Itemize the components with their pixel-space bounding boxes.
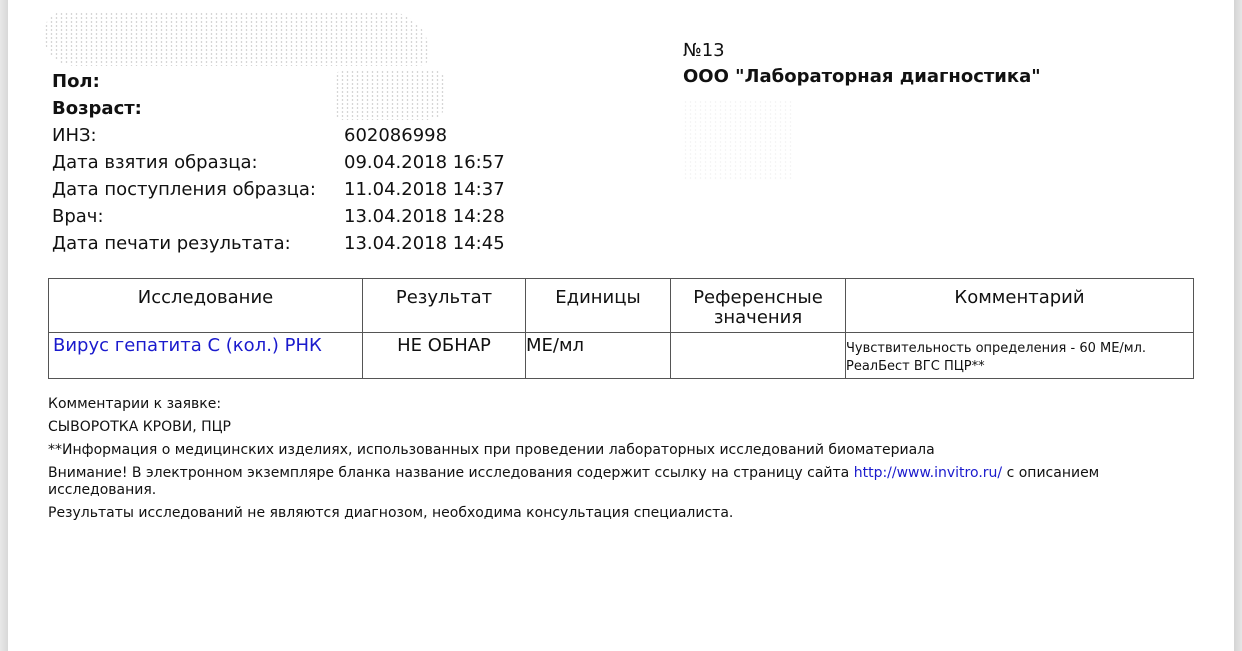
doctor-value: 13.04.2018 14:28	[344, 203, 505, 230]
result-cell: НЕ ОБНАР	[363, 333, 526, 379]
header-result: Результат	[363, 279, 526, 333]
comment-cell: Чувствительность определения - 60 МЕ/мл.…	[846, 333, 1194, 379]
table-row: Вирус гепатита С (кол.) РНК НЕ ОБНАР МЕ/…	[49, 333, 1194, 379]
inz-label: ИНЗ:	[52, 122, 344, 149]
inz-value: 602086998	[344, 122, 447, 149]
order-comments: СЫВОРОТКА КРОВИ, ПЦР	[48, 419, 1198, 436]
info-row-sample-date: Дата взятия образца: 09.04.2018 16:57	[52, 149, 505, 176]
age-label: Возраст:	[52, 95, 344, 122]
print-date-label: Дата печати результата:	[52, 230, 344, 257]
sex-label: Пол:	[52, 68, 344, 95]
patient-info: Пол: Возраст: ИНЗ: 602086998 Дата взятия…	[52, 68, 505, 257]
sample-date-label: Дата взятия образца:	[52, 149, 344, 176]
info-row-doctor: Врач: 13.04.2018 14:28	[52, 203, 505, 230]
attention-text: Внимание! В электронном экземпляре бланк…	[48, 465, 854, 481]
info-row-inz: ИНЗ: 602086998	[52, 122, 505, 149]
sample-date-value: 09.04.2018 16:57	[344, 149, 505, 176]
redacted-patient-name	[44, 12, 429, 66]
organization-name: ООО "Лабораторная диагностика"	[683, 64, 1041, 90]
info-row-age: Возраст:	[52, 95, 505, 122]
results-table: Исследование Результат Единицы Референсн…	[48, 278, 1194, 379]
header-reference: Референсные значения	[671, 279, 846, 333]
received-date-label: Дата поступления образца:	[52, 176, 344, 203]
header-comment: Комментарий	[846, 279, 1194, 333]
comment-line-1: Чувствительность определения - 60 МЕ/мл.	[846, 340, 1193, 358]
info-row-received-date: Дата поступления образца: 11.04.2018 14:…	[52, 176, 505, 203]
device-info-note: **Информация о медицинских изделиях, исп…	[48, 442, 1198, 459]
disclaimer: Результаты исследований не являются диаг…	[48, 505, 1198, 522]
notes-section: Комментарии к заявке: СЫВОРОТКА КРОВИ, П…	[48, 396, 1198, 528]
order-number: №13	[683, 38, 1041, 64]
info-row-print-date: Дата печати результата: 13.04.2018 14:45	[52, 230, 505, 257]
comment-line-2: РеалБест ВГС ПЦР**	[846, 358, 1193, 376]
test-cell: Вирус гепатита С (кол.) РНК	[49, 333, 363, 379]
test-name-link[interactable]: Вирус гепатита С (кол.) РНК	[49, 337, 362, 355]
doctor-label: Врач:	[52, 203, 344, 230]
redacted-org-details	[683, 100, 793, 180]
attention-note: Внимание! В электронном экземпляре бланк…	[48, 465, 1198, 499]
organization-block: №13 ООО "Лабораторная диагностика"	[683, 38, 1041, 90]
header-units: Единицы	[526, 279, 671, 333]
page-edge-left	[0, 0, 8, 651]
reference-cell	[671, 333, 846, 379]
header-test: Исследование	[49, 279, 363, 333]
table-header-row: Исследование Результат Единицы Референсн…	[49, 279, 1194, 333]
info-row-sex: Пол:	[52, 68, 505, 95]
page-edge-right	[1234, 0, 1242, 651]
received-date-value: 11.04.2018 14:37	[344, 176, 505, 203]
order-comments-label: Комментарии к заявке:	[48, 396, 1198, 413]
units-cell: МЕ/мл	[526, 333, 671, 379]
print-date-value: 13.04.2018 14:45	[344, 230, 505, 257]
invitro-link[interactable]: http://www.invitro.ru/	[854, 465, 1002, 481]
